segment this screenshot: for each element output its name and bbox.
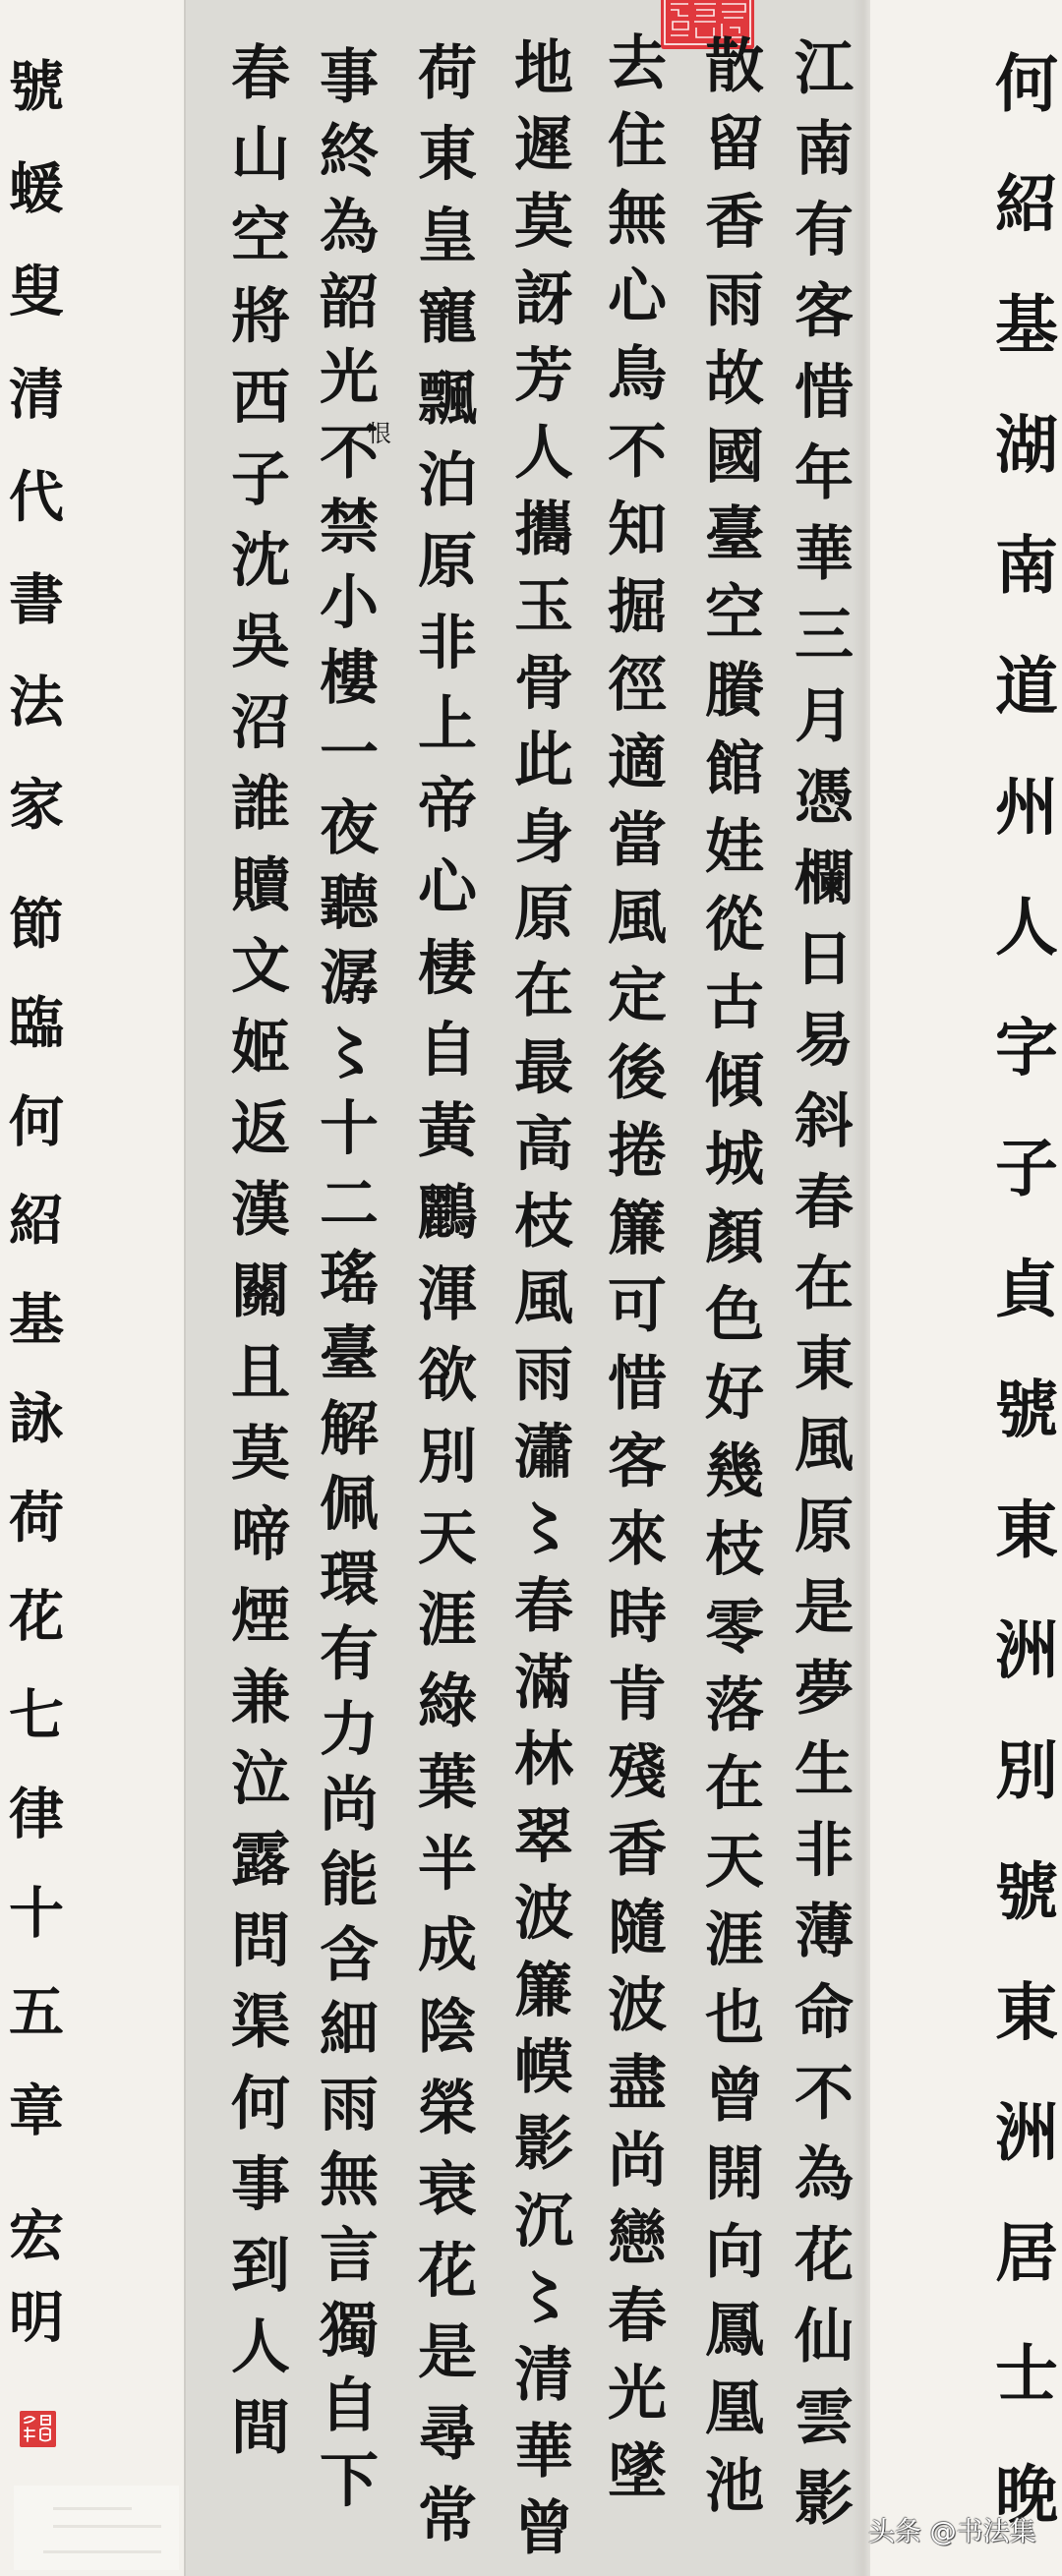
seal-script-icon bbox=[20, 2411, 56, 2447]
artist-signature: 宏明 bbox=[0, 2206, 65, 2370]
colophon-line-1: 號蝯叟清代書法家 bbox=[0, 57, 65, 878]
main-text-column-4: 地遲莫訝芳人攜玉骨此身原在最高枝風雨瀟〻春滿林翠波簾幙影沉〻清華曾 bbox=[504, 36, 573, 2574]
watermark: 头条 @书法集 bbox=[868, 2517, 1036, 2548]
faint-line bbox=[53, 2525, 161, 2528]
faint-line bbox=[53, 2507, 132, 2510]
main-text-column-1: 江南有客惜年華三月憑欄日易斜春在東風原是夢生非薄命不為花仙雲影 bbox=[785, 36, 854, 2547]
main-text-column-3: 去住無心鳥不知掘徑適當風定後捲簾可惜客來時肯殘香隨波盡尚戀春光墜 bbox=[598, 31, 667, 2517]
artist-seal bbox=[20, 2411, 56, 2447]
faint-line bbox=[43, 2550, 161, 2553]
insertion-annotation: 恨 bbox=[368, 421, 391, 446]
main-text-column-2: 散留香雨故國臺空賸館娃從古傾城顏色好幾枝零落在天涯也曾開向鳳凰池 bbox=[695, 34, 764, 2533]
right-inscription: 何紹基湖南道州人字子貞號東洲別號東洲居士晚 bbox=[986, 50, 1055, 2576]
main-text-column-5: 荷東皇寵飄泊原非上帝心棲自黃鸝渾欲別天涯綠葉半成陰榮衰花是尋常 bbox=[408, 41, 477, 2565]
main-text-column-6: 事終為韶光不禁小樓一夜聽潺〻十二瑤臺解佩環有力尚能含細雨無言獨自下 bbox=[310, 45, 379, 2524]
faint-bleed-through-label bbox=[14, 2486, 179, 2570]
main-text-column-7: 春山空將西子沈吳沼誰贖文姬返漢關且莫啼煙兼泣露問渠何事到人間 bbox=[221, 41, 290, 2478]
colophon-line-2: 節臨何紹基詠荷花七律十五章 bbox=[0, 895, 65, 2181]
